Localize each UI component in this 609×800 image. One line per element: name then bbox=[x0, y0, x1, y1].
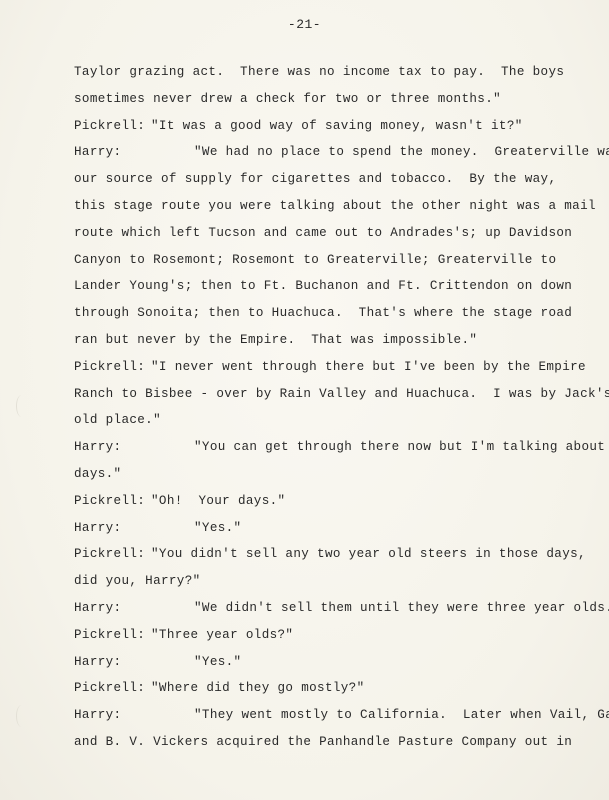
continuation-line: Ranch to Bisbee - over by Rain Valley an… bbox=[74, 386, 609, 402]
continuation-line: sometimes never drew a check for two or … bbox=[74, 91, 501, 107]
speaker-label: Harry: bbox=[74, 600, 194, 616]
line-text: our source of supply for cigarettes and … bbox=[74, 172, 556, 186]
continuation-line: old place." bbox=[74, 412, 161, 428]
speaker-label: Harry: bbox=[74, 707, 194, 723]
speaker-label: Harry: bbox=[74, 520, 194, 536]
dialogue-line: Harry:"Yes." bbox=[74, 654, 241, 670]
line-text: sometimes never drew a check for two or … bbox=[74, 92, 501, 106]
dialogue-line: Pickrell:"Where did they go mostly?" bbox=[74, 680, 365, 696]
line-text: Taylor grazing act. There was no income … bbox=[74, 65, 564, 79]
dialogue-line: Pickrell:"It was a good way of saving mo… bbox=[74, 118, 523, 134]
line-text: old place." bbox=[74, 413, 161, 427]
line-text: "Where did they go mostly?" bbox=[151, 681, 365, 695]
line-text: "They went mostly to California. Later w… bbox=[194, 708, 609, 722]
speaker-label: Pickrell: bbox=[74, 546, 151, 562]
speaker-label: Pickrell: bbox=[74, 680, 151, 696]
typewritten-page: -21- Taylor grazing act. There was no in… bbox=[0, 0, 609, 800]
dialogue-line: Pickrell:"I never went through there but… bbox=[74, 359, 586, 375]
dialogue-line: Harry:"We didn't sell them until they we… bbox=[74, 600, 609, 616]
line-text: route which left Tucson and came out to … bbox=[74, 226, 572, 240]
continuation-line: Lander Young's; then to Ft. Buchanon and… bbox=[74, 278, 572, 294]
dialogue-line: Harry:"They went mostly to California. L… bbox=[74, 707, 609, 723]
line-text: "I never went through there but I've bee… bbox=[151, 360, 586, 374]
speaker-label: Pickrell: bbox=[74, 359, 151, 375]
punch-hole-mark bbox=[16, 705, 27, 727]
continuation-line: did you, Harry?" bbox=[74, 573, 201, 589]
line-text: Canyon to Rosemont; Rosemont to Greaterv… bbox=[74, 253, 556, 267]
speaker-label: Pickrell: bbox=[74, 493, 151, 509]
continuation-line: days." bbox=[74, 466, 121, 482]
continuation-line: ran but never by the Empire. That was im… bbox=[74, 332, 477, 348]
speaker-label: Pickrell: bbox=[74, 118, 151, 134]
dialogue-line: Pickrell:"Three year olds?" bbox=[74, 627, 293, 643]
line-text: "You can get through there now but I'm t… bbox=[194, 440, 609, 454]
line-text: "Yes." bbox=[194, 655, 241, 669]
line-text: "Oh! Your days." bbox=[151, 494, 285, 508]
line-text: "Yes." bbox=[194, 521, 241, 535]
continuation-line: this stage route you were talking about … bbox=[74, 198, 596, 214]
continuation-line: through Sonoita; then to Huachuca. That'… bbox=[74, 305, 572, 321]
line-text: this stage route you were talking about … bbox=[74, 199, 596, 213]
speaker-label: Harry: bbox=[74, 144, 194, 160]
dialogue-line: Harry:"We had no place to spend the mone… bbox=[74, 144, 609, 160]
speaker-label: Pickrell: bbox=[74, 627, 151, 643]
line-text: days." bbox=[74, 467, 121, 481]
line-text: ran but never by the Empire. That was im… bbox=[74, 333, 477, 347]
line-text: "You didn't sell any two year old steers… bbox=[151, 547, 586, 561]
line-text: through Sonoita; then to Huachuca. That'… bbox=[74, 306, 572, 320]
continuation-line: Canyon to Rosemont; Rosemont to Greaterv… bbox=[74, 252, 556, 268]
dialogue-line: Harry:"You can get through there now but… bbox=[74, 439, 609, 455]
line-text: did you, Harry?" bbox=[74, 574, 201, 588]
continuation-line: Taylor grazing act. There was no income … bbox=[74, 64, 564, 80]
line-text: "Three year olds?" bbox=[151, 628, 293, 642]
line-text: Ranch to Bisbee - over by Rain Valley an… bbox=[74, 387, 609, 401]
speaker-label: Harry: bbox=[74, 654, 194, 670]
punch-hole-mark bbox=[16, 395, 27, 417]
dialogue-line: Pickrell:"You didn't sell any two year o… bbox=[74, 546, 586, 562]
line-text: Lander Young's; then to Ft. Buchanon and… bbox=[74, 279, 572, 293]
page-number: -21- bbox=[0, 17, 609, 32]
line-text: "It was a good way of saving money, wasn… bbox=[151, 119, 523, 133]
line-text: "We had no place to spend the money. Gre… bbox=[194, 145, 609, 159]
continuation-line: our source of supply for cigarettes and … bbox=[74, 171, 556, 187]
speaker-label: Harry: bbox=[74, 439, 194, 455]
dialogue-line: Harry:"Yes." bbox=[74, 520, 241, 536]
line-text: and B. V. Vickers acquired the Panhandle… bbox=[74, 735, 572, 749]
continuation-line: and B. V. Vickers acquired the Panhandle… bbox=[74, 734, 572, 750]
continuation-line: route which left Tucson and came out to … bbox=[74, 225, 572, 241]
dialogue-line: Pickrell:"Oh! Your days." bbox=[74, 493, 285, 509]
line-text: "We didn't sell them until they were thr… bbox=[194, 601, 609, 615]
